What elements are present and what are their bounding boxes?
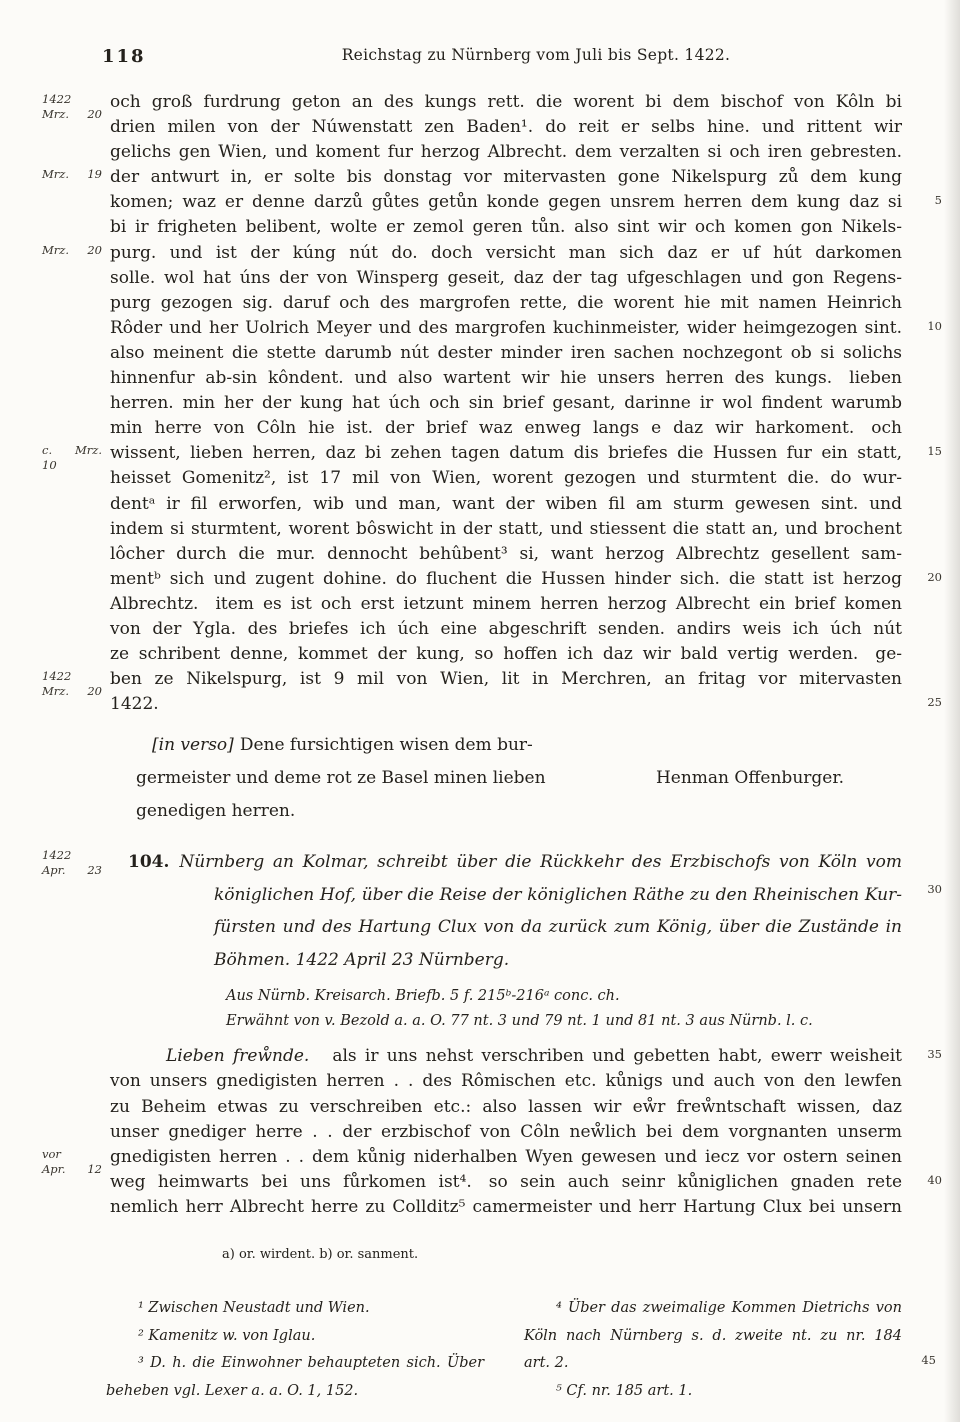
text-line: beheben vgl. Lexer a. a. O. 1, 152. xyxy=(106,1378,484,1406)
edition-line-number: 30 xyxy=(927,883,942,895)
text-line: art. 2.45 xyxy=(524,1350,902,1378)
text-line: Mrz. 20purg. und ist der kúng nút do. do… xyxy=(110,241,902,266)
text-line: Mrz. 19der antwurt in, er solte bis dons… xyxy=(110,165,902,190)
edition-line-number: 35 xyxy=(871,1048,942,1060)
line-text: Rôder und her Uolrich Meyer und des marg… xyxy=(110,318,902,338)
text-line: vorApr. 12gnedigisten herren . . dem kůn… xyxy=(110,1145,902,1170)
margin-date-note: Mrz. 20 xyxy=(42,243,102,258)
text-line: Aus Nürnb. Kreisarch. Briefb. 5 f. 215ᵇ-… xyxy=(226,984,902,1009)
scanned-book-page: 118 Reichstag zu Nürnberg vom Juli bis S… xyxy=(0,0,960,1422)
text-line: [in verso]Dene fursichtigen wisen dem bu… xyxy=(136,729,706,762)
text-line: königlichen Hof, über die Reise der köni… xyxy=(128,879,902,912)
line-text: unser gnediger herre . . der erzbischof … xyxy=(110,1122,902,1142)
text-line: genedigen herren. xyxy=(136,795,706,828)
text-line: fürsten und des Hartung Clux von da zurü… xyxy=(128,911,902,944)
margin-date-line: Mrz. 20 xyxy=(42,107,102,122)
text-line: germeister und deme rot ze Basel minen l… xyxy=(136,762,706,795)
line-text: ze schribent denne, kommet der kung, so … xyxy=(110,644,902,664)
line-text: ³ D. h. die Einwohner behaupteten sich. … xyxy=(138,1355,484,1371)
lead-italic-text: Lieben freẘnde. xyxy=(166,1046,315,1066)
line-text: Nürnberg an Kolmar, schreibt über die Rü… xyxy=(179,852,902,872)
text-line: solle. wol hat úns der von Winsperg gese… xyxy=(110,266,902,291)
text-line: Köln nach Nürnberg s. d. zweite nt. zu n… xyxy=(524,1323,902,1351)
line-text: ¹ Zwischen Neustadt und Wien. xyxy=(138,1300,370,1316)
line-text: Aus Nürnb. Kreisarch. Briefb. 5 f. 215ᵇ-… xyxy=(226,988,620,1004)
margin-date-line: 1422 xyxy=(42,848,102,863)
margin-date-note: 1422Mrz. 20 xyxy=(42,92,102,122)
letter-body: Lieben freẘnde. als ir uns nehst verschr… xyxy=(110,1044,902,1220)
text-line: ³ D. h. die Einwohner behaupteten sich. … xyxy=(106,1350,484,1378)
line-text: heisset Gomenitz², ist 17 mil von Wien, … xyxy=(110,468,902,488)
page-header: 118 Reichstag zu Nürnberg vom Juli bis S… xyxy=(110,46,902,70)
line-text: königlichen Hof, über die Reise der köni… xyxy=(214,885,902,905)
edition-line-number: 15 xyxy=(927,445,942,457)
text-line: ⁴ Über das zweimalige Kommen Dietrichs v… xyxy=(524,1295,902,1323)
margin-date-note: vorApr. 12 xyxy=(42,1147,102,1177)
line-text: Albrechtz. item es ist och erst ietzunt … xyxy=(110,594,902,614)
line-text: a) or. wirdent. b) or. sanment. xyxy=(222,1247,418,1262)
line-text: fürsten und des Hartung Clux von da zurü… xyxy=(214,917,902,937)
text-line: weg heimwarts bei uns fůrkomen ist⁴. so … xyxy=(110,1170,902,1195)
document-104-heading: 1422Apr. 23104.Nürnberg an Kolmar, schre… xyxy=(128,846,902,976)
text-line: Lieben freẘnde. als ir uns nehst verschr… xyxy=(110,1044,902,1069)
text-line: a) or. wirdent. b) or. sanment. xyxy=(222,1246,902,1263)
text-line: Rôder und her Uolrich Meyer und des marg… xyxy=(110,316,902,341)
lead-italic-text: [in verso] xyxy=(152,735,240,755)
line-text: von unsers gnedigisten herren . . des Rô… xyxy=(110,1071,902,1091)
text-line: ² Kamenitz w. von Iglau. xyxy=(106,1323,484,1351)
edition-line-number: 20 xyxy=(927,571,942,583)
margin-date-line: 1422 xyxy=(42,669,102,684)
margin-date-line: Mrz. 20 xyxy=(42,243,102,258)
text-line: 1422.25 xyxy=(110,692,902,717)
margin-date-note: 1422Apr. 23 xyxy=(42,848,102,878)
line-text: bi ir frigheten belibent, wolte er zemol… xyxy=(110,217,902,237)
text-line: 1422Mrz. 20ben ze Nikelspurg, ist 9 mil … xyxy=(110,667,902,692)
text-line: Albrechtz. item es ist och erst ietzunt … xyxy=(110,592,902,617)
line-text: Dene fursichtigen wisen dem bur- xyxy=(240,735,533,755)
margin-date-line: vor xyxy=(42,1147,102,1162)
line-text: also meinent die stette darumb nút deste… xyxy=(110,343,902,363)
margin-date-note: 1422Mrz. 20 xyxy=(42,669,102,699)
line-text: genedigen herren. xyxy=(136,801,295,821)
line-text: purg gezogen sig. daruf och des margrofe… xyxy=(110,293,902,313)
margin-date-line: 10 xyxy=(42,458,102,473)
document-103-continuation: 1422Mrz. 20och groß furdrung geton an de… xyxy=(110,90,902,717)
line-text: beheben vgl. Lexer a. a. O. 1, 152. xyxy=(106,1383,358,1399)
text-line: lôcher durch die mur. dennocht behûbent³… xyxy=(110,542,902,567)
document-number: 104. xyxy=(128,852,179,872)
line-text: min herre von Côln hie ist. der brief wa… xyxy=(110,418,902,438)
line-text: dentᵃ ir fil erworfen, wib und man, want… xyxy=(110,494,902,514)
line-text: gelichs gen Wien, und koment fur herzog … xyxy=(110,142,902,162)
address-block: [in verso]Dene fursichtigen wisen dem bu… xyxy=(136,729,706,828)
line-text: weg heimwarts bei uns fůrkomen ist⁴. so … xyxy=(110,1172,902,1192)
margin-date-line: Apr. 12 xyxy=(42,1162,102,1177)
line-text: indem si sturmtent, worent bôswicht in d… xyxy=(110,519,902,539)
text-line: von unsers gnedigisten herren . . des Rô… xyxy=(110,1069,902,1094)
footnotes: ¹ Zwischen Neustadt und Wien.² Kamenitz … xyxy=(106,1295,902,1405)
margin-date-line: Mrz. 20 xyxy=(42,684,102,699)
text-line: 1422Mrz. 20och groß furdrung geton an de… xyxy=(110,90,902,115)
margin-date-line: 1422 xyxy=(42,92,102,107)
line-text: gnedigisten herren . . dem kůnig niderha… xyxy=(110,1147,902,1167)
line-text: von der Ygla. des briefes ich úch eine a… xyxy=(110,619,902,639)
page-number: 118 xyxy=(102,46,146,67)
line-text: ben ze Nikelspurg, ist 9 mil von Wien, l… xyxy=(110,669,902,689)
text-line: dentᵃ ir fil erworfen, wib und man, want… xyxy=(110,492,902,517)
line-text: hinnenfur ab-sin kôndent. und also warte… xyxy=(110,368,902,388)
text-line: gelichs gen Wien, und koment fur herzog … xyxy=(110,140,902,165)
text-line: ¹ Zwischen Neustadt und Wien. xyxy=(106,1295,484,1323)
line-text: 1422. xyxy=(110,694,159,714)
signature: Henman Offenburger. xyxy=(656,762,844,795)
line-text: drien milen von der Núwenstatt zen Baden… xyxy=(110,117,902,137)
text-line: purg gezogen sig. daruf och des margrofe… xyxy=(110,291,902,316)
text-line: min herre von Côln hie ist. der brief wa… xyxy=(110,416,902,441)
text-line: c. Mrz.10wissent, lieben herren, daz bi … xyxy=(110,441,902,466)
critical-apparatus: a) or. wirdent. b) or. sanment. xyxy=(222,1246,902,1263)
edition-line-number: 40 xyxy=(927,1174,942,1186)
line-text: lôcher durch die mur. dennocht behûbent³… xyxy=(110,544,902,564)
line-text: komen; waz er denne darzů gůtes getůn ko… xyxy=(110,192,902,212)
text-line: ⁵ Cf. nr. 185 art. 1. xyxy=(524,1378,902,1406)
line-text: ⁴ Über das zweimalige Kommen Dietrichs v… xyxy=(556,1300,902,1316)
margin-date-line: Apr. 23 xyxy=(42,863,102,878)
text-line: unser gnediger herre . . der erzbischof … xyxy=(110,1120,902,1145)
text-line: ze schribent denne, kommet der kung, so … xyxy=(110,642,902,667)
edition-line-number: 5 xyxy=(935,194,942,206)
margin-date-line: Mrz. 19 xyxy=(42,167,102,182)
line-text: Böhmen. 1422 April 23 Nürnberg. xyxy=(214,950,509,970)
text-line: von der Ygla. des briefes ich úch eine a… xyxy=(110,617,902,642)
line-text: Erwähnt von v. Bezold a. a. O. 77 nt. 3 … xyxy=(226,1013,813,1029)
text-line: indem si sturmtent, worent bôswicht in d… xyxy=(110,517,902,542)
text-line: Erwähnt von v. Bezold a. a. O. 77 nt. 3 … xyxy=(226,1009,902,1034)
page-content: 118 Reichstag zu Nürnberg vom Juli bis S… xyxy=(0,0,960,1405)
text-line: komen; waz er denne darzů gůtes getůn ko… xyxy=(110,190,902,215)
edition-line-number: 10 xyxy=(927,320,942,332)
line-text: purg. und ist der kúng nút do. doch vers… xyxy=(110,243,902,263)
text-line: drien milen von der Núwenstatt zen Baden… xyxy=(110,115,902,140)
line-text: mentᵇ sich und zugent dohine. do fluchen… xyxy=(110,569,902,589)
line-text: Köln nach Nürnberg s. d. zweite nt. zu n… xyxy=(524,1328,902,1344)
text-line: 1422Apr. 23104.Nürnberg an Kolmar, schre… xyxy=(128,846,902,879)
text-line: Böhmen. 1422 April 23 Nürnberg. xyxy=(128,944,902,977)
text-line: mentᵇ sich und zugent dohine. do fluchen… xyxy=(110,567,902,592)
footnotes-right-column: ⁴ Über das zweimalige Kommen Dietrichs v… xyxy=(524,1295,902,1405)
footnotes-left-column: ¹ Zwischen Neustadt und Wien.² Kamenitz … xyxy=(106,1295,484,1405)
line-text: art. 2. xyxy=(524,1355,568,1371)
text-line: bi ir frigheten belibent, wolte er zemol… xyxy=(110,215,902,240)
edition-line-number: 45 xyxy=(921,1354,936,1366)
line-text: ² Kamenitz w. von Iglau. xyxy=(138,1328,315,1344)
line-text: wissent, lieben herren, daz bi zehen tag… xyxy=(110,443,902,463)
margin-date-line: c. Mrz. xyxy=(42,443,102,458)
text-line: nemlich herr Albrecht herre zu Collditz⁵… xyxy=(110,1195,902,1220)
line-text: der antwurt in, er solte bis donstag vor… xyxy=(110,167,902,187)
line-text: als ir uns nehst verschriben und gebette… xyxy=(315,1046,902,1066)
margin-date-note: Mrz. 19 xyxy=(42,167,102,182)
line-text: herren. min her der kung hat úch och sin… xyxy=(110,393,902,413)
line-text: nemlich herr Albrecht herre zu Collditz⁵… xyxy=(110,1197,902,1217)
edition-line-number: 25 xyxy=(927,696,942,708)
text-line: heisset Gomenitz², ist 17 mil von Wien, … xyxy=(110,466,902,491)
line-text: och groß furdrung geton an des kungs ret… xyxy=(110,92,902,112)
line-text: zu Beheim etwas zu verschreiben etc.: al… xyxy=(110,1097,902,1117)
line-text: ⁵ Cf. nr. 185 art. 1. xyxy=(556,1383,692,1399)
text-line: hinnenfur ab-sin kôndent. und also warte… xyxy=(110,366,902,391)
text-line: herren. min her der kung hat úch och sin… xyxy=(110,391,902,416)
text-line: zu Beheim etwas zu verschreiben etc.: al… xyxy=(110,1095,902,1120)
line-text: germeister und deme rot ze Basel minen l… xyxy=(136,768,546,788)
line-text: solle. wol hat úns der von Winsperg gese… xyxy=(110,268,902,288)
text-line: also meinent die stette darumb nút deste… xyxy=(110,341,902,366)
margin-date-note: c. Mrz.10 xyxy=(42,443,102,473)
running-title: Reichstag zu Nürnberg vom Juli bis Sept.… xyxy=(110,46,902,64)
source-note: Aus Nürnb. Kreisarch. Briefb. 5 f. 215ᵇ-… xyxy=(226,984,902,1034)
